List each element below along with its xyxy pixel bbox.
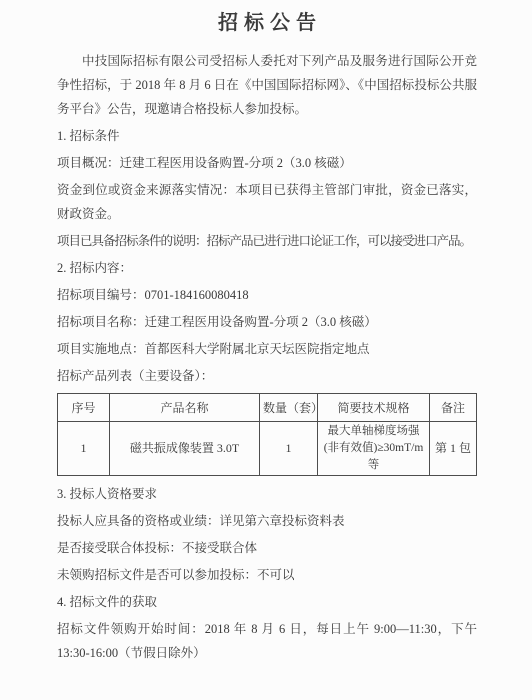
table-header-row: 序号 产品名称 数量（套） 简要技术规格 备注 — [58, 394, 477, 422]
table-header-quantity: 数量（套） — [260, 394, 318, 422]
table-header-product-name: 产品名称 — [110, 394, 260, 422]
page-title: 招标公告 — [57, 10, 477, 36]
paragraph-product-list-label: 招标产品列表（主要设备）： — [57, 364, 477, 388]
paragraph-consortium-bidding: 是否接受联合体投标：不接受联合体 — [57, 536, 477, 560]
paragraph-funding-status: 资金到位或资金来源落实情况：本项目已获得主管部门审批，资金已落实，财政资金。 — [57, 178, 477, 226]
table-cell-spec: 最大单轴梯度场强(非有效值)≥30mT/m 等 — [318, 422, 430, 476]
paragraph-project-name: 招标项目名称：迁建工程医用设备购置-分项 2（3.0 核磁） — [57, 310, 477, 334]
intro-paragraph: 中技国际招标有限公司受招标人委托对下列产品及服务进行国际公开竞争性招标，于 20… — [57, 49, 477, 121]
table-cell-note: 第 1 包 — [430, 422, 477, 476]
section-4-heading: 4. 招标文件的获取 — [57, 590, 477, 614]
section-1-heading: 1. 招标条件 — [57, 124, 477, 148]
table-header-note: 备注 — [430, 394, 477, 422]
paragraph-project-overview: 项目概况：迁建工程医用设备购置-分项 2（3.0 核磁） — [57, 151, 477, 175]
paragraph-project-number: 招标项目编号：0701-184160080418 — [57, 283, 477, 307]
paragraph-non-purchaser-bidding: 未领购招标文件是否可以参加投标：不可以 — [57, 563, 477, 587]
section-2-heading: 2. 招标内容： — [57, 256, 477, 280]
paragraph-tender-conditions-note: 项目已具备招标条件的说明：招标产品已进行进口论证工作，可以接受进口产品。 — [57, 229, 477, 253]
paragraph-document-purchase-time: 招标文件领购开始时间：2018 年 8 月 6 日，每日上午 9:00—11:3… — [57, 617, 477, 665]
section-3-heading: 3. 投标人资格要求 — [57, 482, 477, 506]
paragraph-bidder-qualification: 投标人应具备的资格或业绩：详见第六章投标资料表 — [57, 509, 477, 533]
table-header-spec: 简要技术规格 — [318, 394, 430, 422]
table-header-seq: 序号 — [58, 394, 110, 422]
table-cell-quantity: 1 — [260, 422, 318, 476]
table-row: 1 磁共振成像装置 3.0T 1 最大单轴梯度场强(非有效值)≥30mT/m 等… — [58, 422, 477, 476]
table-cell-seq: 1 — [58, 422, 110, 476]
product-table: 序号 产品名称 数量（套） 简要技术规格 备注 1 磁共振成像装置 3.0T 1… — [57, 393, 477, 476]
paragraph-project-location: 项目实施地点：首都医科大学附属北京天坛医院指定地点 — [57, 337, 477, 361]
table-cell-product-name: 磁共振成像装置 3.0T — [110, 422, 260, 476]
document-page: 招标公告 中技国际招标有限公司受招标人委托对下列产品及服务进行国际公开竞争性招标… — [0, 0, 532, 700]
